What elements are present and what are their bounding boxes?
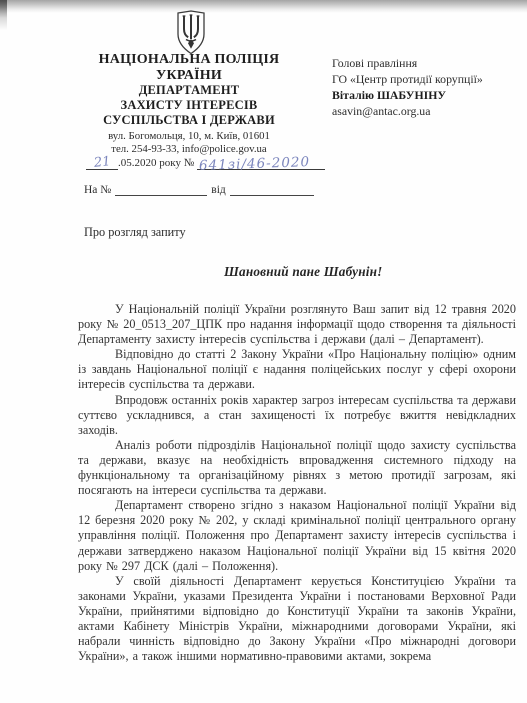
body-paragraph: У своїй діяльності Департамент керується… [78,574,516,665]
dept-name-line2: ЗАХИСТУ ІНТЕРЕСІВ [78,98,300,113]
document-date-line: 21.05.2020 року №641зі/46-2020 [86,153,325,173]
body-paragraph: Аналіз роботи підрозділів Національної п… [78,438,516,498]
body-paragraph: Відповідно до статті 2 Закону України «П… [78,347,516,392]
handwritten-day: 21 [93,154,111,171]
recipient-email: asavin@antac.org.ua [332,103,522,119]
printed-date-text: .05.2020 року № [118,157,194,170]
org-name-line2: УКРАЇНИ [78,68,300,84]
reference-from-label: від [211,184,225,196]
body-paragraph: Департамент створено згідно з наказом На… [78,498,516,573]
reference-number-blank-field [115,183,207,196]
ukraine-trident-shield-icon [176,10,206,55]
scanned-letter-page: НАЦІОНАЛЬНА ПОЛІЦІЯ УКРАЇНИ ДЕПАРТАМЕНТ … [0,0,527,703]
body-paragraph: Впродовж останніх років характер загроз … [78,393,516,438]
body-paragraph: У Національній поліції України розглянут… [78,302,516,347]
org-address: вул. Богомольця, 10, м. Київ, 01601 [78,130,300,143]
doc-number-blank-field: 641зі/46-2020 [197,153,325,170]
greeting-line: Шановний пане Шабунін! [224,264,484,280]
date-day-blank-field: 21 [86,155,118,170]
org-name-line1: НАЦІОНАЛЬНА ПОЛІЦІЯ [78,52,300,68]
handwritten-doc-number: 641зі/46-2020 [199,154,311,174]
recipient-name: Віталію ШАБУНІНУ [332,87,522,103]
reference-line: На №від [84,183,314,196]
scan-corner-shadow [0,0,7,30]
reference-date-blank-field [230,183,314,196]
recipient-block: Голові правління ГО «Центр протидії кору… [332,55,522,119]
letter-body: У Національній поліції України розглянут… [78,302,516,664]
subject-line: Про розгляд запиту [84,225,186,240]
recipient-title: Голові правління [332,55,522,71]
scan-top-shadow [0,0,527,13]
dept-name-line1: ДЕПАРТАМЕНТ [78,83,300,98]
dept-name-line3: СУСПІЛЬСТВА І ДЕРЖАВИ [78,113,300,128]
letterhead: НАЦІОНАЛЬНА ПОЛІЦІЯ УКРАЇНИ ДЕПАРТАМЕНТ … [78,52,300,156]
recipient-org: ГО «Центр протидії корупції» [332,71,522,87]
reference-on-no-label: На № [84,184,111,196]
